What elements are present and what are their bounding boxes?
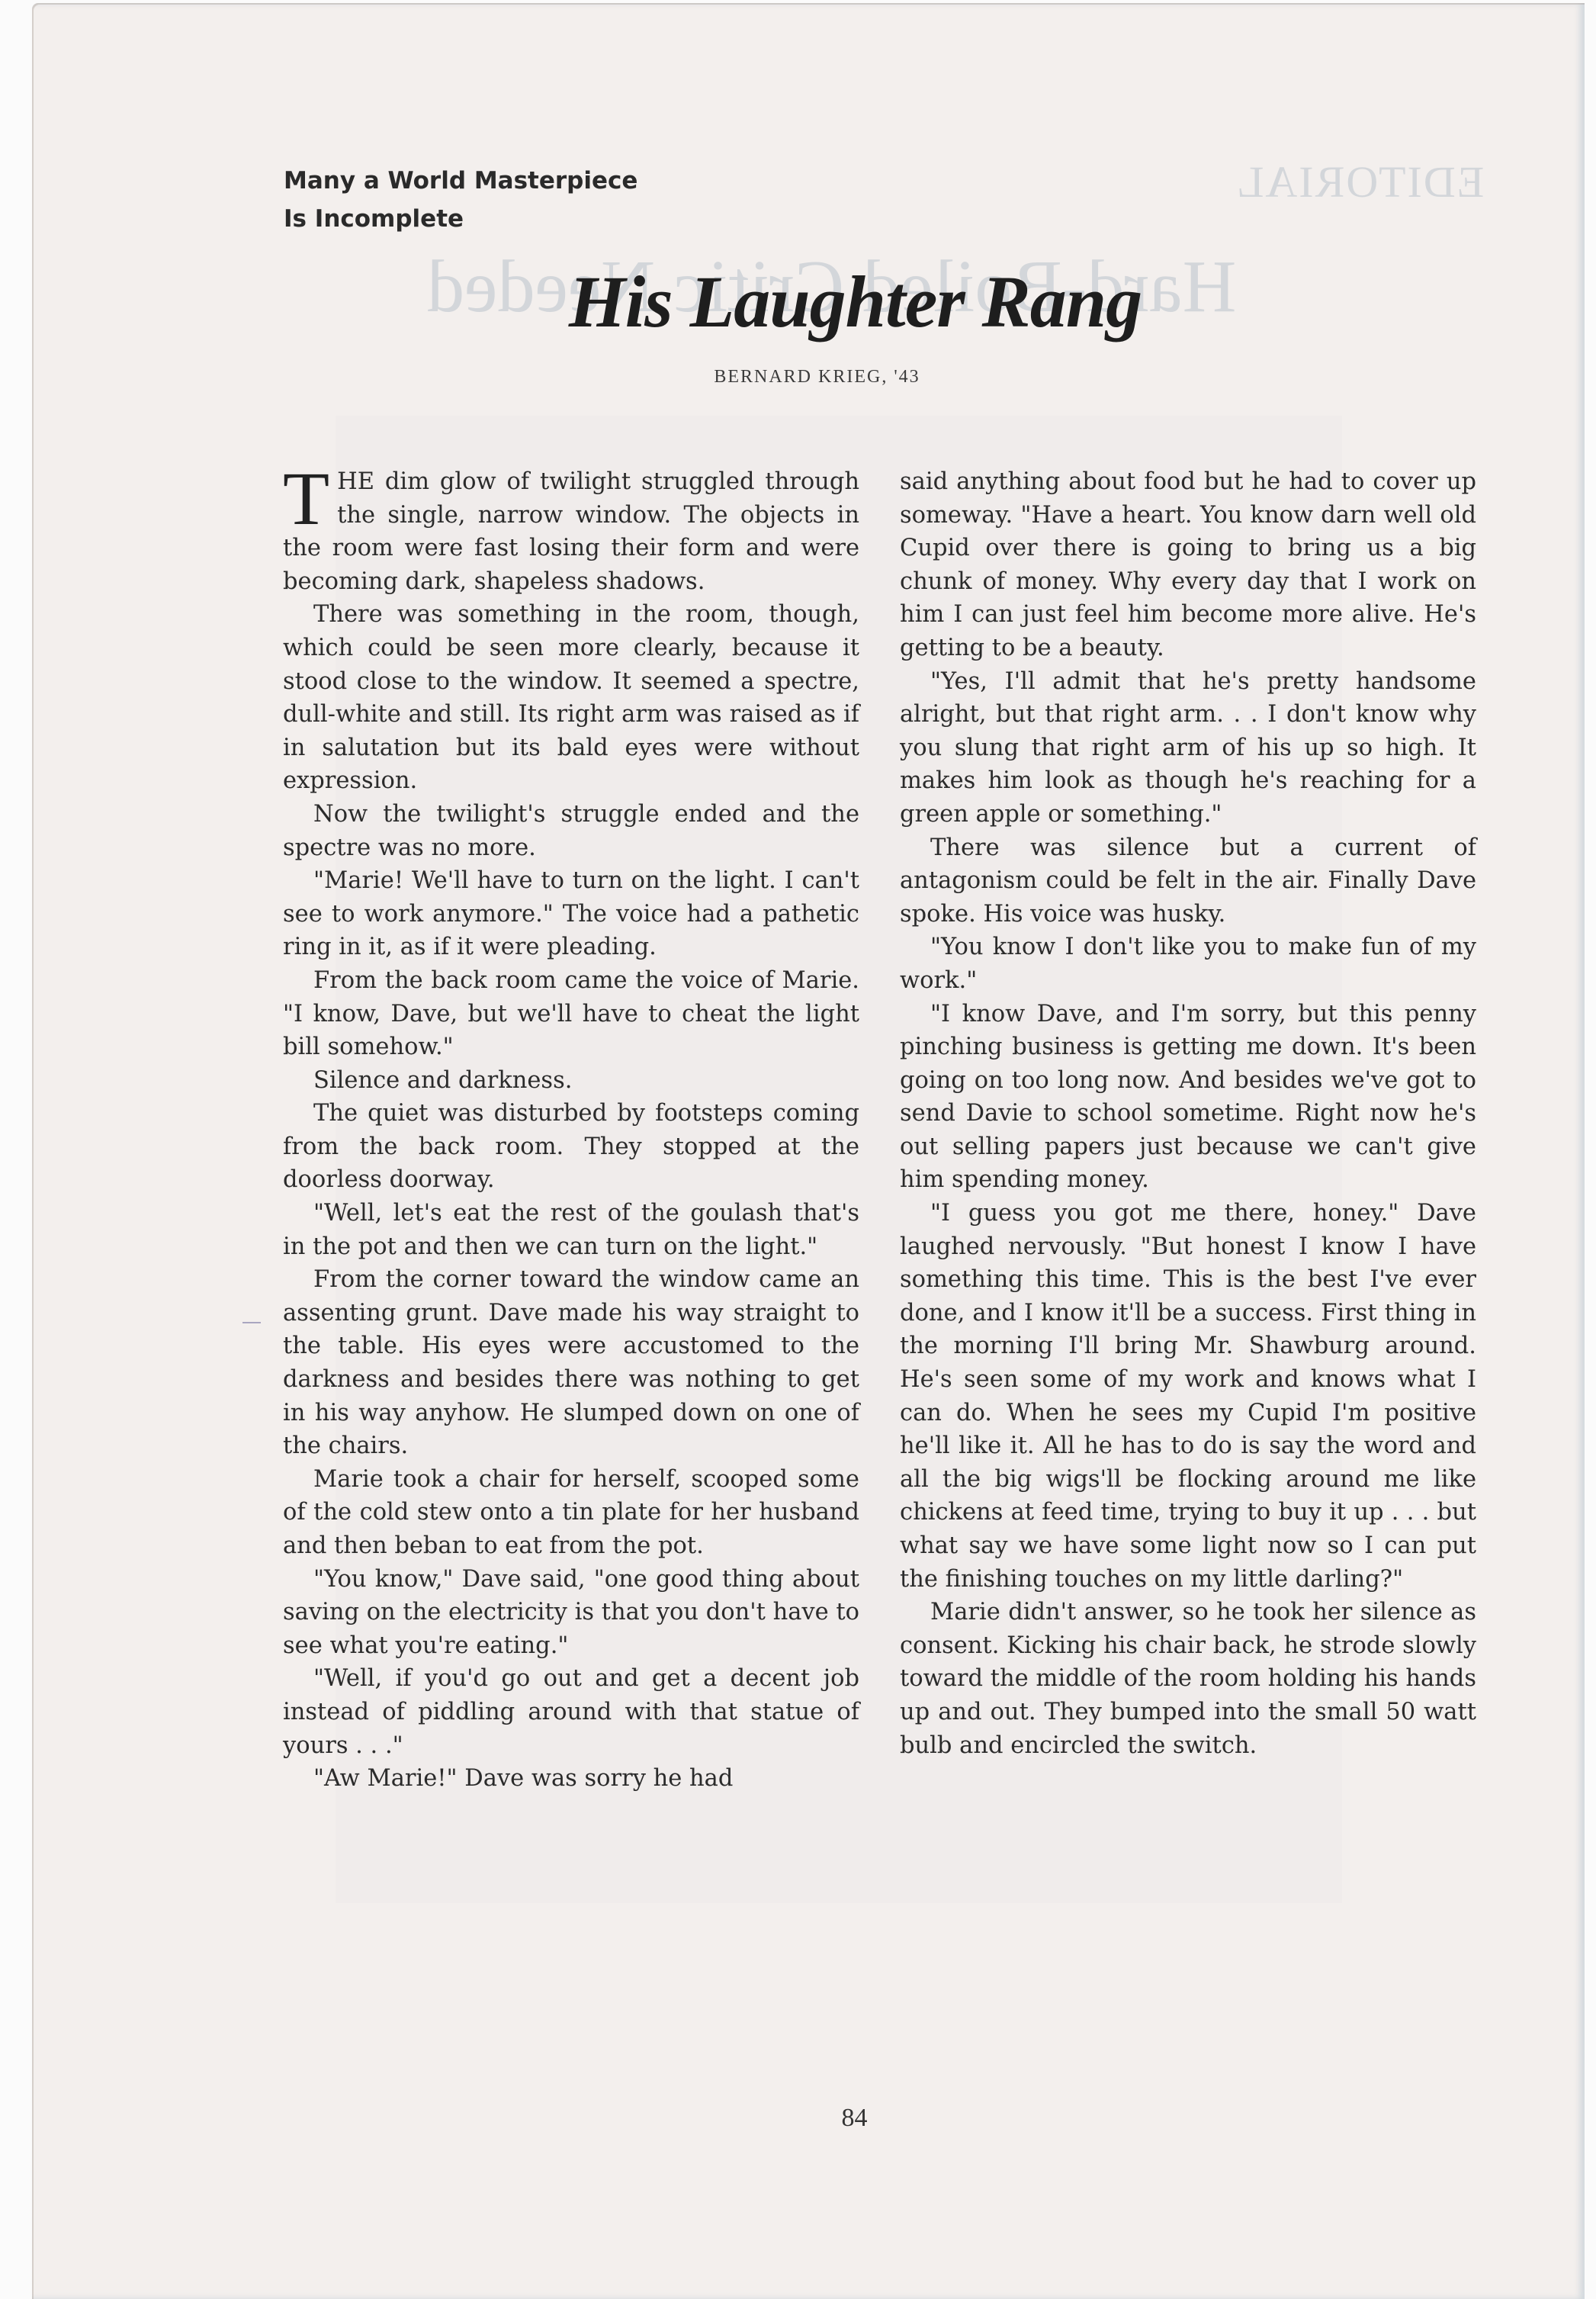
article-kicker: Many a World Masterpiece Is Incomplete	[284, 162, 637, 238]
paragraph: Silence and darkness.	[283, 1064, 859, 1098]
paragraph: said anything about food but he had to c…	[900, 465, 1476, 665]
kicker-line-2: Is Incomplete	[284, 200, 637, 238]
drop-cap: T	[283, 468, 329, 529]
paragraph: There was silence but a current of antag…	[900, 831, 1476, 931]
paragraph: "I guess you got me there, honey." Dave …	[900, 1197, 1476, 1596]
kicker-line-1: Many a World Masterpiece	[284, 162, 637, 200]
paragraph: "You know I don't like you to make fun o…	[900, 931, 1476, 997]
paragraph: "Marie! We'll have to turn on the light.…	[283, 864, 859, 964]
paragraph: "Aw Marie!" Dave was sorry he had	[283, 1762, 859, 1796]
paragraph: Now the twilight's struggle ended and th…	[283, 798, 859, 864]
paragraph: "Well, let's eat the rest of the goulash…	[283, 1197, 859, 1263]
margin-pencil-mark	[242, 1322, 261, 1323]
paragraph: "I know Dave, and I'm sorry, but this pe…	[900, 998, 1476, 1198]
paragraph: Marie took a chair for herself, scooped …	[283, 1463, 859, 1563]
paragraph: From the corner toward the window came a…	[283, 1263, 859, 1463]
right-column: said anything about food but he had to c…	[900, 465, 1476, 1762]
paragraph: "Well, if you'd go out and get a de­cent…	[283, 1662, 859, 1762]
page-number: 84	[0, 2104, 1596, 2133]
article-title: His Laughter Rang	[0, 259, 1596, 344]
paragraph: THE dim glow of twilight struggled throu…	[283, 465, 859, 598]
paragraph: "Yes, I'll admit that he's pretty hand­s…	[900, 665, 1476, 831]
paragraph: From the back room came the voice of Mar…	[283, 964, 859, 1064]
left-column: THE dim glow of twilight struggled throu…	[283, 465, 859, 1796]
paragraph: There was something in the room, though,…	[283, 598, 859, 798]
paragraph: "You know," Dave said, "one good thing a…	[283, 1563, 859, 1663]
paragraph: Marie didn't answer, so he took her sile…	[900, 1596, 1476, 1762]
paragraph: The quiet was disturbed by footsteps com…	[283, 1097, 859, 1197]
article-byline: BERNARD KRIEG, '43	[0, 367, 1596, 387]
